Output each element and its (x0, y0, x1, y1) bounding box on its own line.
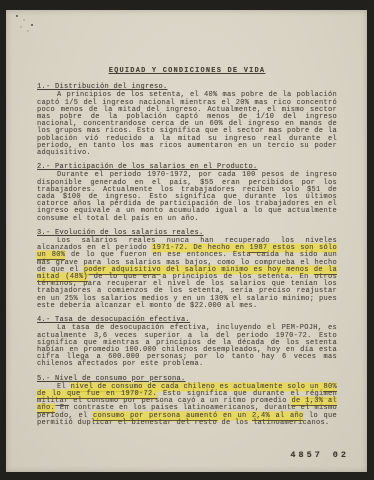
archive-stamp: 485702 (290, 450, 349, 460)
document-page: EQUIDAD Y CONDICIONES DE VIDA 1.- Distri… (6, 10, 367, 472)
document-section: 5.- Nivel de consumo por persona. El niv… (37, 376, 337, 427)
section-paragraph: A principios de los setenta, el 40% mas … (37, 92, 337, 157)
section-heading: 3.- Evolución de los salarios reales. (37, 230, 337, 237)
section-heading: 5.- Nivel de consumo por persona. (37, 376, 337, 383)
stamp-number: 4857 (290, 450, 322, 460)
section-paragraph: El nivel de consumo de cada chileno es a… (37, 384, 337, 427)
document-content: EQUIDAD Y CONDICIONES DE VIDA 1.- Distri… (37, 68, 337, 434)
document-section: 4.- Tasa de desocupación efectiva. La ta… (37, 317, 337, 368)
section-paragraph: Durante el periodo 1970-1972, por cada 1… (37, 172, 337, 222)
page-title: EQUIDAD Y CONDICIONES DE VIDA (37, 68, 337, 75)
text-run: La tasa de desocupación efectiva, incluy… (37, 324, 337, 368)
document-section: 1.- Distribución del ingreso. A principi… (37, 84, 337, 157)
sections: 1.- Distribución del ingreso. A principi… (37, 84, 337, 427)
scan-specks (16, 15, 18, 17)
text-run: A principios de los setenta, el 40% mas … (37, 91, 337, 157)
stamp-suffix: 02 (333, 450, 349, 460)
document-section: 2.- Participación de los salarios en el … (37, 164, 337, 223)
section-paragraph: Los salarios reales nunca han recuperado… (37, 238, 337, 310)
section-paragraph: La tasa de desocupación efectiva, incluy… (37, 325, 337, 368)
document-section: 3.- Evolución de los salarios reales. Lo… (37, 230, 337, 310)
text-run: Durante el periodo 1970-1972, por cada 1… (37, 171, 337, 222)
scan-frame: { "document": { "title": "EQUIDAD Y COND… (0, 0, 374, 480)
